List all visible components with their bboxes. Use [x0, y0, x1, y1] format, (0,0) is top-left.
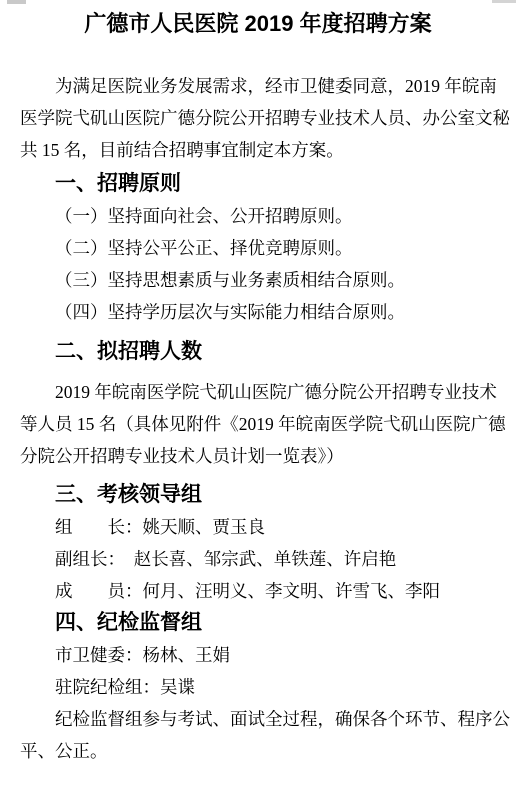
section3-heading: 三、考核领导组	[20, 479, 496, 511]
section1-item-3: （三）坚持思想素质与业务素质相结合原则。	[20, 264, 496, 296]
document-title: 广德市人民医院 2019 年度招聘方案	[20, 10, 496, 38]
section4-line-resident-inspection: 驻院纪检组：吴谍	[20, 671, 496, 703]
intro-paragraph-line-3: 共 15 名，目前结合招聘事宜制定本方案。	[20, 134, 496, 166]
document-page: 广德市人民医院 2019 年度招聘方案 为满足医院业务发展需求，经市卫健委同意，…	[0, 0, 516, 788]
section4-note-line-2: 平、公正。	[20, 735, 496, 767]
section1-item-1: （一）坚持面向社会、公开招聘原则。	[20, 200, 496, 232]
section4-heading: 四、纪检监督组	[20, 607, 496, 639]
section2-heading: 二、拟招聘人数	[20, 336, 496, 368]
section2-paragraph-line-2: 等人员 15 名（具体见附件《2019 年皖南医学院弋矶山医院广德	[20, 408, 496, 440]
section3-role-leader: 组 长：姚天顺、贾玉良	[20, 511, 496, 543]
intro-paragraph-line-2: 医学院弋矶山医院广德分院公开招聘专业技术人员、办公室文秘	[20, 102, 496, 134]
section2-paragraph-line-3: 分院公开招聘专业技术人员计划一览表》）	[20, 440, 496, 472]
screen-artifact-top-right	[492, 0, 516, 3]
section3-role-deputy-leader: 副组长： 赵长喜、邹宗武、单铁莲、许启艳	[20, 543, 496, 575]
section1-item-2: （二）坚持公平公正、择优竞聘原则。	[20, 232, 496, 264]
section2-paragraph-line-1: 2019 年皖南医学院弋矶山医院广德分院公开招聘专业技术	[20, 376, 496, 408]
section4-note-line-1: 纪检监督组参与考试、面试全过程，确保各个环节、程序公	[20, 703, 496, 735]
intro-paragraph-line-1: 为满足医院业务发展需求，经市卫健委同意，2019 年皖南	[20, 70, 496, 102]
section1-item-4: （四）坚持学历层次与实际能力相结合原则。	[20, 296, 496, 328]
screen-artifact-top-left	[7, 0, 26, 4]
section3-role-members: 成 员：何月、汪明义、李文明、许雪飞、李阳	[20, 575, 496, 607]
section4-line-health-commission: 市卫健委：杨林、王娟	[20, 639, 496, 671]
section1-heading: 一、招聘原则	[20, 168, 496, 200]
